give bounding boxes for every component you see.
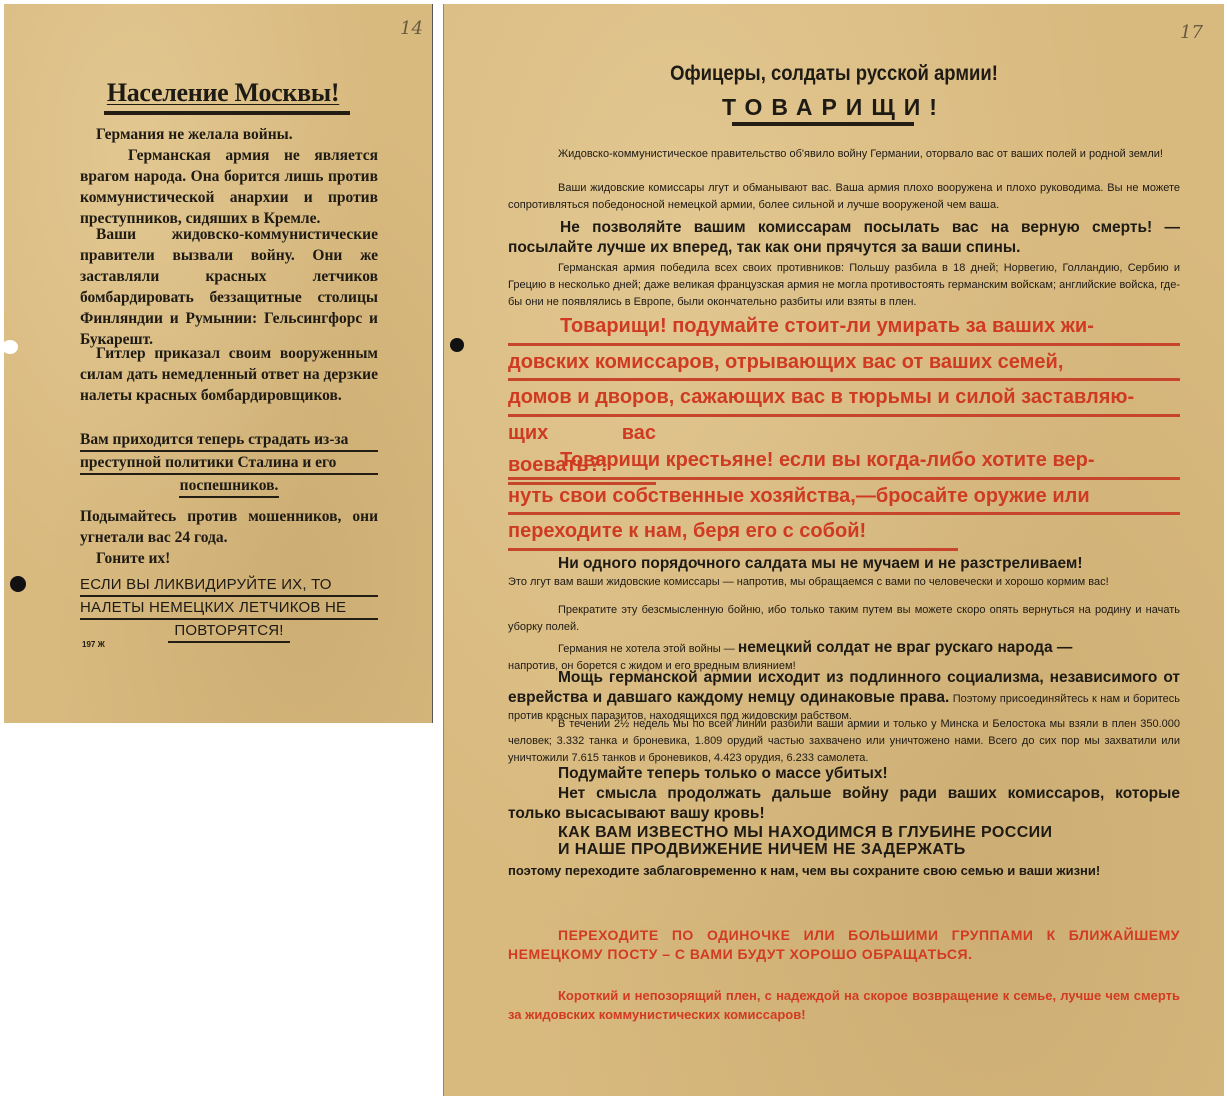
punch-hole <box>450 338 464 352</box>
leaflet-title: Население Москвы! <box>100 78 346 108</box>
emphasis-paragraph: Не позволяйте вашим комиссарам посылать … <box>508 218 1180 258</box>
paragraph: поэтому переходите заблаговременно к нам… <box>508 862 1180 879</box>
emphasis-paragraph: Подумайте теперь только о массе убитых! <box>508 764 1180 784</box>
paragraph: Ваши жидовско-коммунистические правители… <box>80 224 378 350</box>
red-caps-appeal: ПЕРЕХОДИТЕ ПО ОДИНОЧКЕ ИЛИ БОЛЬШИМИ ГРУП… <box>508 926 1180 964</box>
paragraph: Ни одного порядочного салдата мы не муча… <box>508 554 1180 591</box>
leaflet-title: Офицеры, солдаты русской армии! <box>614 62 1054 86</box>
paragraph: Германская армия победила всех своих про… <box>508 260 1180 311</box>
leaflet-subtitle: ТОВАРИЩИ! <box>684 94 984 121</box>
casualty-statistics: В течении 2½ недель мы по всей линии раз… <box>508 716 1180 767</box>
paragraph: Германия не желала войны. <box>80 124 378 145</box>
page-number: 17 <box>1180 22 1203 43</box>
underlined-statement: Вам приходится теперь страдать из-за пре… <box>80 429 378 498</box>
paragraph: Германская армия не является врагом наро… <box>80 145 378 229</box>
paragraph: Ваши жидовские комиссары лгут и обманыва… <box>508 180 1180 214</box>
print-code: 197 Ж <box>82 640 105 649</box>
punch-hole <box>10 576 26 592</box>
leaflet-officers-soldiers: 17 Офицеры, солдаты русской армии! ТОВАР… <box>443 4 1224 1096</box>
page-number: 14 <box>400 18 423 39</box>
paragraph: Гоните их! <box>80 548 378 569</box>
caps-statement: КАК ВАМ ИЗВЕСТНО МЫ НАХОДИМСЯ В ГЛУБИНЕ … <box>558 824 1198 858</box>
paragraph: Прекратите эту безсмысленную бойню, ибо … <box>508 602 1180 636</box>
leaflet-moscow-population: 14 Население Москвы! Германия не желала … <box>4 4 433 723</box>
subtitle-underline <box>736 122 914 126</box>
paragraph: Нет смысла продолжать дальше войну ради … <box>508 784 1180 824</box>
punch-hole <box>2 340 18 354</box>
paragraph: Гитлер приказал своим вооруженным силам … <box>80 343 378 406</box>
red-appeal-peasants: Товарищи крестьяне! если вы когда-либо х… <box>508 444 1180 551</box>
paragraph: Подымайтесь против мошенников, они угнет… <box>80 506 378 548</box>
red-final-appeal: Короткий и непозорящий плен, с надеждой … <box>508 986 1180 1024</box>
title-underline <box>104 111 350 115</box>
paragraph: Жидовско-коммунистическое правительство … <box>508 146 1180 163</box>
caps-statement: ЕСЛИ ВЫ ЛИКВИДИРУЙТЕ ИХ, ТО НАЛЕТЫ НЕМЕЦ… <box>80 574 378 643</box>
